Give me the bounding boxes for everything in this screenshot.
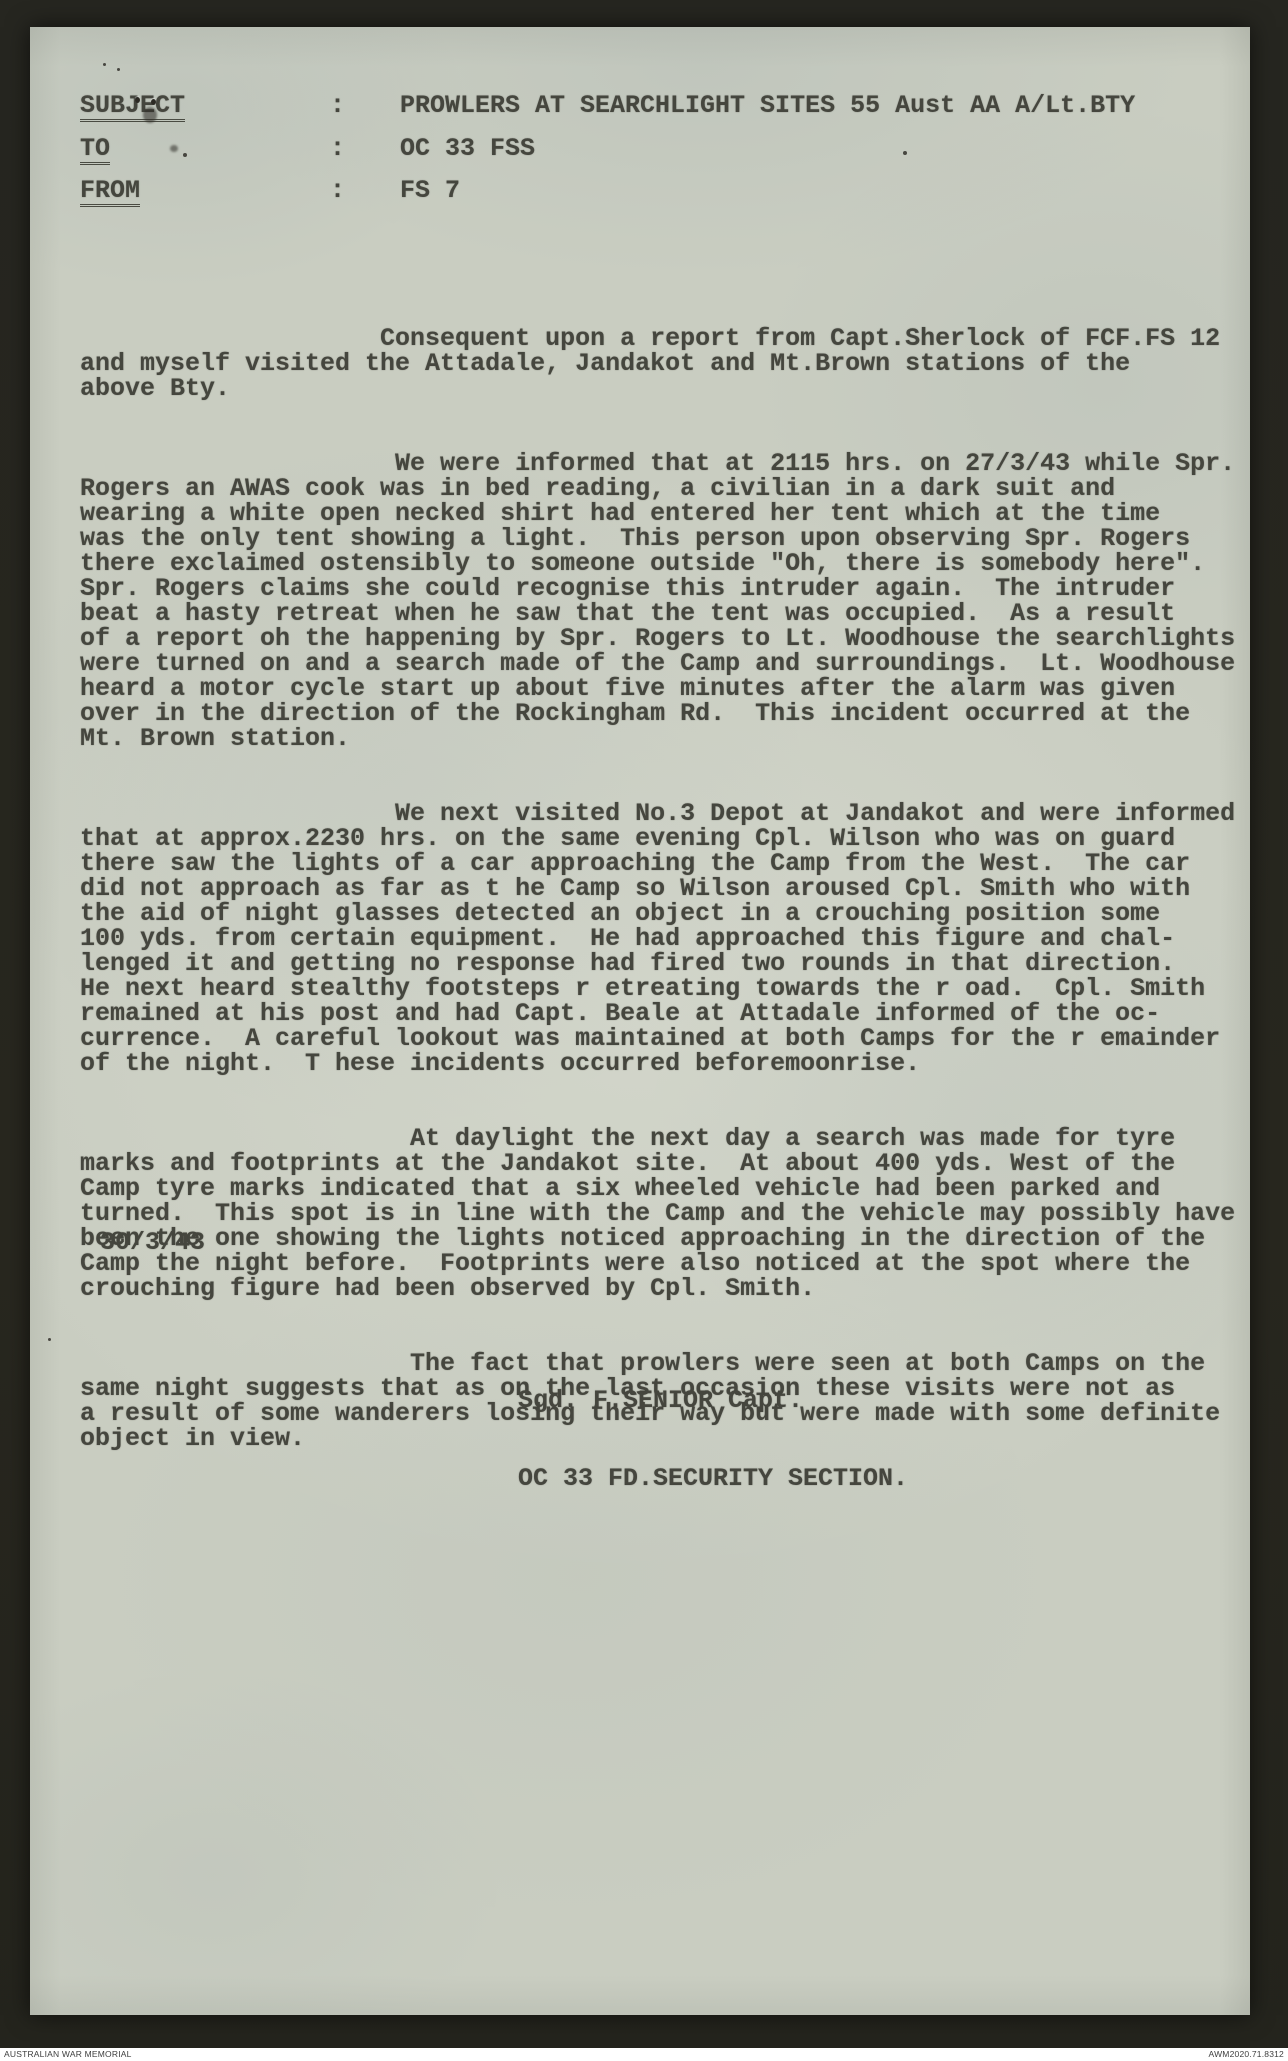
to-value: OC 33 FSS: [400, 136, 535, 161]
ink-smudge: [170, 145, 178, 152]
pinhole: [135, 97, 140, 103]
paper-speck: [117, 68, 120, 71]
signature-name: Sgd. F.SENIOR Capt.: [518, 1388, 908, 1414]
paper-speck: [183, 153, 187, 157]
archive-reference-number: AWM2020.71.8312: [1209, 2048, 1284, 2061]
to-separator: :: [330, 136, 345, 161]
report-body: Consequent upon a report from Capt.Sherl…: [80, 276, 1252, 1501]
header-row-to: TO : OC 33 FSS: [80, 136, 1240, 166]
subject-value: PROWLERS AT SEARCHLIGHT SITES 55 Aust AA…: [400, 93, 1135, 118]
header-row-from: FROM : FS 7: [80, 178, 1240, 208]
pinhole: [151, 99, 156, 105]
signature-unit: OC 33 FD.SECURITY SECTION.: [518, 1466, 908, 1492]
from-separator: :: [330, 178, 345, 203]
paper-speck: [903, 151, 907, 155]
ink-smudge: [143, 107, 157, 123]
paragraph-3: We next visited No.3 Depot at Jandakot a…: [80, 801, 1252, 1076]
paper-speck: [48, 1338, 51, 1341]
document-page: SUBJECT : PROWLERS AT SEARCHLIGHT SITES …: [30, 27, 1250, 2015]
paragraph-2: We were informed that at 2115 hrs. on 27…: [80, 451, 1252, 751]
archive-footer: AUSTRALIAN WAR MEMORIAL AWM2020.71.8312: [0, 2048, 1288, 2061]
paragraph-4: At daylight the next day a search was ma…: [80, 1126, 1252, 1301]
date-line: 30/3/43: [100, 1230, 205, 1255]
from-value: FS 7: [400, 178, 460, 203]
from-label: FROM: [80, 178, 140, 207]
archive-name: AUSTRALIAN WAR MEMORIAL: [4, 2048, 132, 2061]
header-row-subject: SUBJECT : PROWLERS AT SEARCHLIGHT SITES …: [80, 93, 1240, 123]
scanned-document: SUBJECT : PROWLERS AT SEARCHLIGHT SITES …: [0, 0, 1288, 2061]
signature-block: Sgd. F.SENIOR Capt. OC 33 FD.SECURITY SE…: [518, 1336, 908, 1544]
subject-label: SUBJECT: [80, 93, 185, 122]
subject-separator: :: [330, 93, 345, 118]
paper-speck: [103, 63, 106, 66]
to-label: TO: [80, 136, 110, 165]
paragraph-1: Consequent upon a report from Capt.Sherl…: [80, 326, 1252, 401]
